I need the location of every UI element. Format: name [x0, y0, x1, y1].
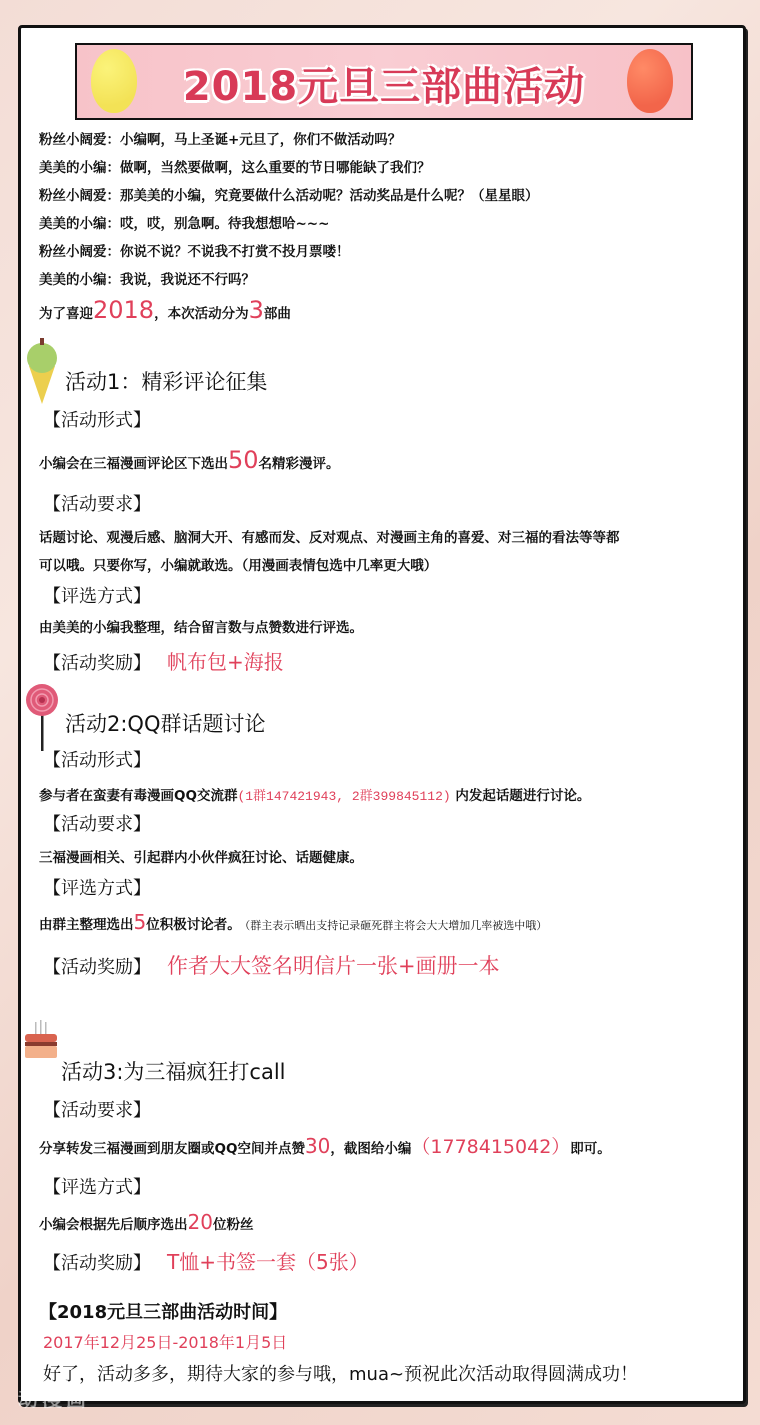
- watermark-logo: 动漫画: [18, 1383, 90, 1412]
- text: 小编会根据先后顺序选出: [39, 1217, 188, 1233]
- dialogue-line: 美美的小编：做啊，当然要做啊，这么重要的节日哪能缺了我们？: [39, 156, 431, 176]
- speaker: 美美的小编：: [39, 272, 120, 288]
- reward-value: T恤+书签一套（5张）: [167, 1250, 369, 1274]
- intro-count: 3: [249, 296, 264, 324]
- dialogue-text: 小编啊，马上圣诞+元旦了，你们不做活动吗？: [120, 132, 401, 148]
- activity2-form-label: 【活动形式】: [43, 746, 151, 772]
- activity3-select-label: 【评选方式】: [43, 1173, 151, 1199]
- ice-cream-icon: [25, 336, 59, 406]
- cake-icon: [23, 1020, 59, 1060]
- text: ，截图给小编: [330, 1141, 411, 1157]
- reward-label: 【活动奖励】: [43, 653, 151, 674]
- text: 名精彩漫评。: [259, 456, 340, 472]
- dialogue-text: 那美美的小编，究竟要做什么活动呢？活动奖品是什么呢？（星星眼）: [120, 188, 539, 204]
- activity2-title: 活动2:QQ群话题讨论: [65, 708, 266, 738]
- dialogue-text: 你说不说？不说我不打赏不投月票喽！: [120, 244, 350, 260]
- speaker: 粉丝小阔爱：: [39, 244, 120, 260]
- poster-frame: 2018元旦三部曲活动 粉丝小阔爱：小编啊，马上圣诞+元旦了，你们不做活动吗？ …: [18, 25, 746, 1404]
- activity1-select-label: 【评选方式】: [43, 582, 151, 608]
- reward-value: 帆布包+海报: [167, 650, 284, 674]
- closing-text: 好了，活动多多，期待大家的参与哦，mua~预祝此次活动取得圆满成功！: [43, 1360, 638, 1386]
- activity1-req-label: 【活动要求】: [43, 490, 151, 516]
- schedule-label: 【2018元旦三部曲活动时间】: [39, 1298, 287, 1324]
- activity2-form-text: 参与者在蛮妻有毒漫画QQ交流群(1群147421943, 2群399845112…: [39, 784, 590, 804]
- highlight-count: 50: [228, 446, 259, 474]
- dialogue-text: 做啊，当然要做啊，这么重要的节日哪能缺了我们？: [120, 160, 431, 176]
- highlight-count: 20: [188, 1210, 213, 1234]
- dialogue-line: 粉丝小阔爱：小编啊，马上圣诞+元旦了，你们不做活动吗？: [39, 128, 401, 148]
- activity1-req-line1: 话题讨论、观漫后感、脑洞大开、有感而发、反对观点、对漫画主角的喜爱、对三福的看法…: [39, 526, 620, 546]
- select-note: （群主表示晒出支持记录砸死群主将会大大增加几率被选中哦）: [245, 919, 548, 932]
- title-banner: 2018元旦三部曲活动: [75, 43, 693, 120]
- dialogue-line: 美美的小编：我说，我说还不行吗？: [39, 268, 255, 288]
- activity1-reward-row: 【活动奖励】帆布包+海报: [43, 646, 284, 675]
- speaker: 粉丝小阔爱：: [39, 132, 120, 148]
- text: 内发起话题进行讨论。: [455, 788, 590, 804]
- intro-suffix: 部曲: [264, 306, 291, 322]
- intro-middle: ，本次活动分为: [154, 306, 249, 322]
- activity3-select-text: 小编会根据先后顺序选出20位粉丝: [39, 1210, 253, 1234]
- text: 参与者在蛮妻有毒漫画QQ交流群: [39, 788, 237, 804]
- text: 小编会在三福漫画评论区下选出: [39, 456, 228, 472]
- activity2-req-text: 三福漫画相关、引起群内小伙伴疯狂讨论、话题健康。: [39, 846, 363, 866]
- reward-label: 【活动奖励】: [43, 1253, 151, 1274]
- reward-value: 作者大大签名明信片一张+画册一本: [167, 954, 500, 978]
- text: 分享转发三福漫画到朋友圈或QQ空间并点赞: [39, 1141, 305, 1157]
- intro-year: 2018: [93, 296, 154, 324]
- activity3-title: 活动3:为三福疯狂打call: [61, 1056, 286, 1086]
- speaker: 美美的小编：: [39, 160, 120, 176]
- qq-groups: (1群147421943, 2群399845112): [237, 789, 450, 804]
- activity2-select-text: 由群主整理选出5位积极讨论者。（群主表示晒出支持记录砸死群主将会大大增加几率被选…: [39, 910, 547, 934]
- activity2-req-label: 【活动要求】: [43, 810, 151, 836]
- reward-label: 【活动奖励】: [43, 957, 151, 978]
- lollipop-icon: [25, 683, 61, 751]
- activity1-form-label: 【活动形式】: [43, 406, 151, 432]
- text: 即可。: [570, 1141, 611, 1157]
- dialogue-line: 粉丝小阔爱：那美美的小编，究竟要做什么活动呢？活动奖品是什么呢？（星星眼）: [39, 184, 539, 204]
- page-title: 2018元旦三部曲活动: [77, 55, 691, 112]
- activity2-reward-row: 【活动奖励】作者大大签名明信片一张+画册一本: [43, 950, 500, 980]
- activity1-title: 活动1：精彩评论征集: [65, 366, 267, 396]
- dialogue-text: 哎，哎，别急啊。待我想想哈~~~: [120, 216, 329, 232]
- highlight-count: 5: [134, 910, 147, 934]
- activity1-form-text: 小编会在三福漫画评论区下选出50名精彩漫评。: [39, 446, 340, 474]
- activity1-select-text: 由美美的小编我整理，结合留言数与点赞数进行评选。: [39, 616, 363, 636]
- speaker: 美美的小编：: [39, 216, 120, 232]
- dialogue-line: 粉丝小阔爱：你说不说？不说我不打赏不投月票喽！: [39, 240, 350, 260]
- activity3-req-label: 【活动要求】: [43, 1096, 151, 1122]
- activity2-select-label: 【评选方式】: [43, 874, 151, 900]
- contact-number: （1778415042）: [411, 1136, 570, 1158]
- activity3-req-text: 分享转发三福漫画到朋友圈或QQ空间并点赞30，截图给小编（1778415042）…: [39, 1132, 611, 1159]
- text: 由群主整理选出: [39, 917, 134, 933]
- schedule-dates: 2017年12月25日-2018年1月5日: [43, 1330, 287, 1353]
- intro-prefix: 为了喜迎: [39, 306, 93, 322]
- activity3-reward-row: 【活动奖励】T恤+书签一套（5张）: [43, 1246, 369, 1275]
- activity1-req-line2: 可以哦。只要你写，小编就敢选。（用漫画表情包选中几率更大哦）: [39, 554, 437, 574]
- text: 位粉丝: [213, 1217, 254, 1233]
- dialogue-text: 我说，我说还不行吗？: [120, 272, 255, 288]
- highlight-count: 30: [305, 1134, 330, 1158]
- text: 位积极讨论者。: [146, 917, 241, 933]
- intro-line: 为了喜迎2018，本次活动分为3部曲: [39, 296, 291, 324]
- dialogue-line: 美美的小编：哎，哎，别急啊。待我想想哈~~~: [39, 212, 329, 232]
- speaker: 粉丝小阔爱：: [39, 188, 120, 204]
